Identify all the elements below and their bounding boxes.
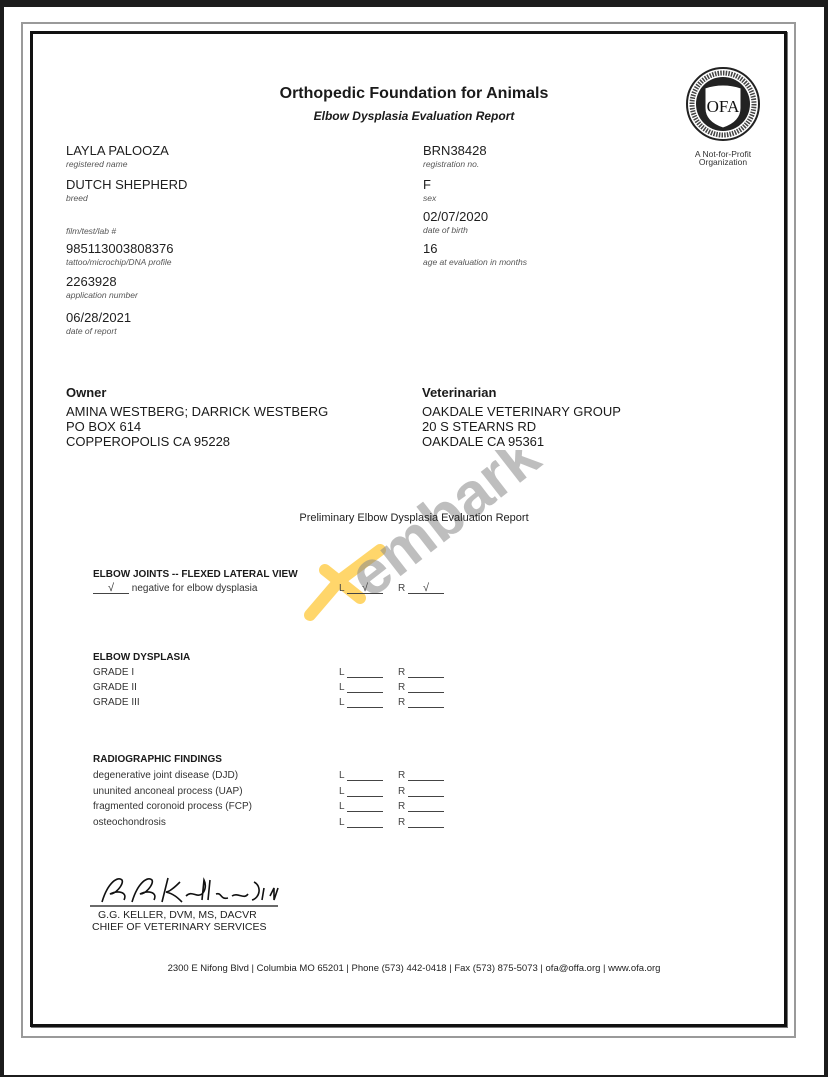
microchip-value: 985113003808376	[66, 241, 174, 256]
age-value: 16	[423, 241, 437, 256]
dysplasia-l-field: L	[339, 682, 383, 693]
findings-row-label: osteochondrosis	[93, 817, 166, 828]
age-label: age at evaluation in months	[423, 257, 527, 267]
owner-line: PO BOX 614	[66, 419, 328, 434]
veterinarian-line: OAKDALE VETERINARY GROUP	[422, 404, 621, 419]
findings-l-mark	[347, 801, 383, 812]
dysplasia-row-label: GRADE II	[93, 682, 137, 693]
ofa-seal-icon: OFA	[685, 66, 761, 142]
signatory-name: G.G. KELLER, DVM, MS, DACVR	[98, 909, 257, 921]
findings-l-field: L	[339, 801, 383, 812]
radiographic-findings-title: RADIOGRAPHIC FINDINGS	[93, 754, 222, 765]
findings-r-mark	[408, 817, 444, 828]
dysplasia-row-label: GRADE III	[93, 697, 140, 708]
findings-row-label: ununited anconeal process (UAP)	[93, 786, 243, 797]
flexed-right: R √	[398, 583, 444, 594]
owner-line: COPPEROPOLIS CA 95228	[66, 434, 328, 449]
findings-row-label: fragmented coronoid process (FCP)	[93, 801, 252, 812]
breed-label: breed	[66, 193, 88, 203]
signatory-title: CHIEF OF VETERINARY SERVICES	[92, 921, 266, 933]
findings-r-field: R	[398, 786, 444, 797]
dysplasia-row-label: GRADE I	[93, 667, 134, 678]
registration-no-label: registration no.	[423, 159, 479, 169]
registered-name-value: LAYLA PALOOZA	[66, 143, 169, 158]
dysplasia-r-mark	[408, 682, 444, 693]
flexed-left: L √	[339, 583, 383, 594]
negative-label: negative for elbow dysplasia	[132, 583, 258, 594]
dysplasia-r-field: R	[398, 697, 444, 708]
film-test-lab-label: film/test/lab #	[66, 226, 116, 236]
findings-row-label: degenerative joint disease (DJD)	[93, 770, 238, 781]
svg-text:OFA: OFA	[707, 97, 740, 116]
negative-checkbox: √	[93, 583, 129, 594]
veterinarian-address: OAKDALE VETERINARY GROUP 20 S STEARNS RD…	[422, 404, 621, 449]
veterinarian-line: OAKDALE CA 95361	[422, 434, 621, 449]
elbow-dysplasia-title: ELBOW DYSPLASIA	[93, 652, 190, 663]
findings-r-mark	[408, 801, 444, 812]
signature-image	[88, 872, 280, 910]
owner-heading: Owner	[66, 385, 106, 400]
flexed-left-mark: √	[347, 583, 383, 594]
preliminary-report-heading: Preliminary Elbow Dysplasia Evaluation R…	[0, 512, 828, 524]
findings-r-mark	[408, 770, 444, 781]
findings-l-mark	[347, 786, 383, 797]
dysplasia-r-mark	[408, 667, 444, 678]
date-of-report-value: 06/28/2021	[66, 310, 131, 325]
dysplasia-r-field: R	[398, 682, 444, 693]
findings-l-field: L	[339, 770, 383, 781]
dysplasia-l-field: L	[339, 697, 383, 708]
date-of-birth-label: date of birth	[423, 225, 468, 235]
findings-r-field: R	[398, 801, 444, 812]
date-of-birth-value: 02/07/2020	[423, 209, 488, 224]
findings-l-mark	[347, 817, 383, 828]
veterinarian-line: 20 S STEARNS RD	[422, 419, 621, 434]
findings-l-field: L	[339, 817, 383, 828]
sex-label: sex	[423, 193, 436, 203]
dysplasia-l-mark	[347, 697, 383, 708]
dysplasia-l-mark	[347, 667, 383, 678]
footer-contact: 2300 E Nifong Blvd | Columbia MO 65201 |…	[0, 963, 828, 974]
registered-name-label: registered name	[66, 159, 127, 169]
dysplasia-l-mark	[347, 682, 383, 693]
date-of-report-label: date of report	[66, 326, 117, 336]
veterinarian-heading: Veterinarian	[422, 385, 496, 400]
findings-r-field: R	[398, 817, 444, 828]
application-number-value: 2263928	[66, 274, 117, 289]
findings-r-mark	[408, 786, 444, 797]
sex-value: F	[423, 177, 431, 192]
flexed-right-mark: √	[408, 583, 444, 594]
dysplasia-l-field: L	[339, 667, 383, 678]
breed-value: DUTCH SHEPHERD	[66, 177, 187, 192]
dysplasia-r-mark	[408, 697, 444, 708]
owner-address: AMINA WESTBERG; DARRICK WESTBERG PO BOX …	[66, 404, 328, 449]
findings-l-field: L	[339, 786, 383, 797]
findings-l-mark	[347, 770, 383, 781]
microchip-label: tattoo/microchip/DNA profile	[66, 257, 172, 267]
not-for-profit-label: A Not-for-Profit Organization	[683, 150, 763, 166]
negative-row: √ negative for elbow dysplasia	[93, 583, 257, 594]
registration-no-value: BRN38428	[423, 143, 487, 158]
dysplasia-r-field: R	[398, 667, 444, 678]
findings-r-field: R	[398, 770, 444, 781]
application-number-label: application number	[66, 290, 138, 300]
flexed-view-title: ELBOW JOINTS -- FLEXED LATERAL VIEW	[93, 569, 298, 580]
owner-line: AMINA WESTBERG; DARRICK WESTBERG	[66, 404, 328, 419]
